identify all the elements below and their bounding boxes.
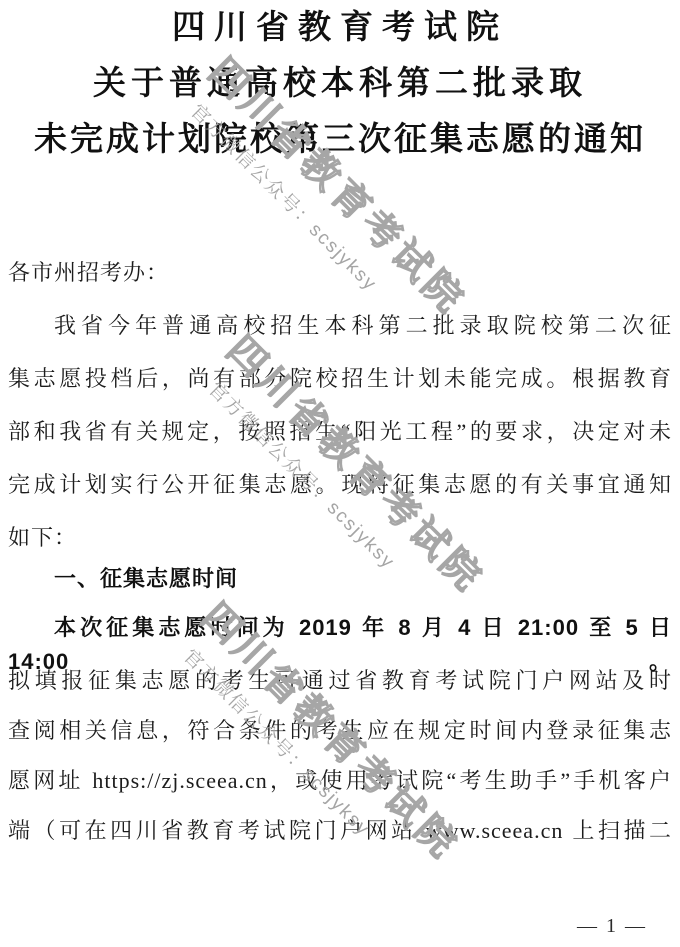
paragraph-line: 如下： <box>8 521 672 555</box>
title-line-subject-1: 关于普通高校本科第二批录取 <box>0 62 680 106</box>
notice-document-page: 四川省教育考试院 关于普通高校本科第二批录取 未完成计划院校第三次征集志愿的通知… <box>0 0 680 947</box>
paragraph-line: 愿网址 https://zj.sceea.cn，或使用考试院“考生助手”手机客户 <box>8 764 672 798</box>
section-heading: 一、征集志愿时间 <box>8 562 672 596</box>
paragraph-line: 集志愿投档后，尚有部分院校招生计划未能完成。根据教育 <box>8 362 672 396</box>
title-line-issuer: 四川省教育考试院 <box>0 6 680 50</box>
paragraph-line: 端（可在四川省教育考试院门户网站 www.sceea.cn 上扫描二 <box>8 814 672 848</box>
paragraph-line: 查阅相关信息，符合条件的考生应在规定时间内登录征集志 <box>8 714 672 748</box>
paragraph-line: 部和我省有关规定，按照招生“阳光工程”的要求，决定对未 <box>8 415 672 449</box>
paragraph-line: 我省今年普通高校招生本科第二批录取院校第二次征 <box>8 309 672 343</box>
title-line-subject-2: 未完成计划院校第三次征集志愿的通知 <box>0 118 680 162</box>
page-number: — 1 — <box>577 912 647 940</box>
paragraph-line: 拟填报征集志愿的考生可通过省教育考试院门户网站及时 <box>8 664 672 698</box>
greeting-line: 各市州招考办： <box>8 256 672 290</box>
paragraph-line: 完成计划实行公开征集志愿。现将征集志愿的有关事宜通知 <box>8 468 672 502</box>
